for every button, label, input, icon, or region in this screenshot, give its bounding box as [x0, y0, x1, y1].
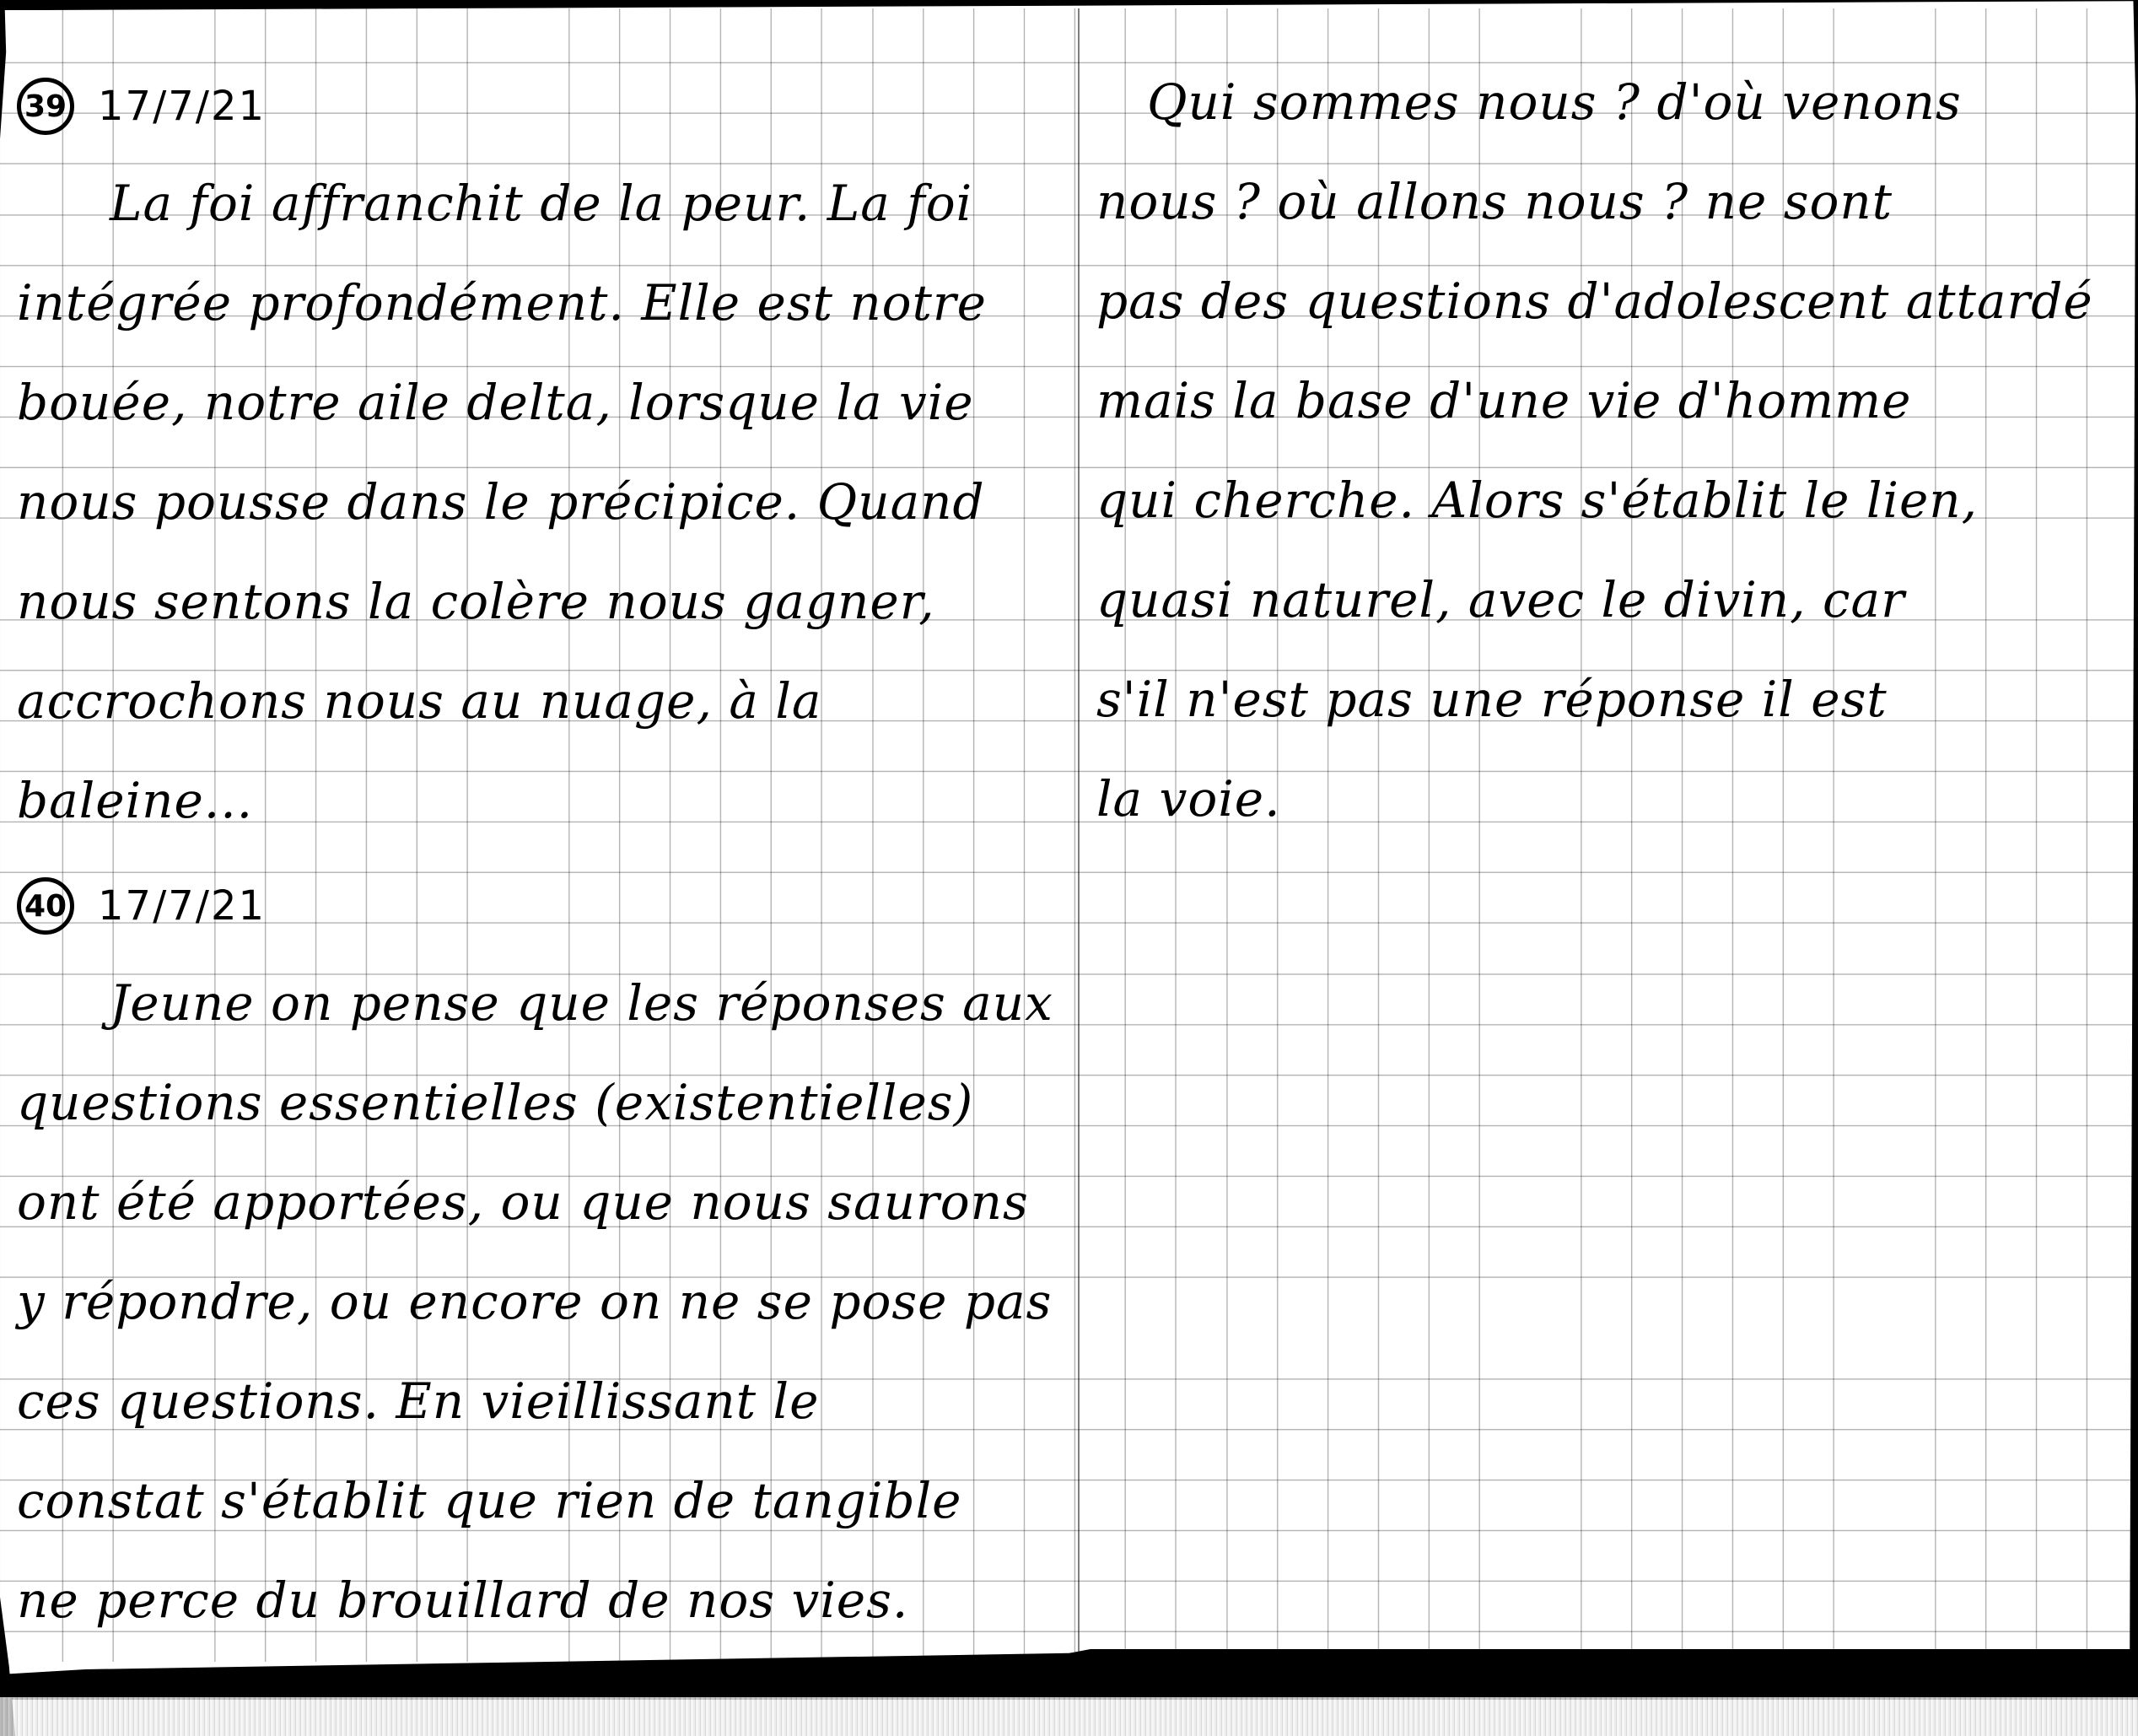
text-line: Jeune on pense que les réponses aux	[110, 979, 1053, 1027]
entry-number-badge: 40	[17, 877, 74, 935]
text-line: questions essentielles (existentielles)	[17, 1078, 973, 1127]
text-line: nous pousse dans le précipice. Quand	[17, 477, 985, 526]
text-line: y répondre, ou encore on ne se pose pas	[17, 1277, 1052, 1326]
text-line: La foi affranchit de la peur. La foi	[110, 179, 972, 228]
text-line: accrochons nous au nuage, à la	[17, 677, 821, 725]
text-line: mais la base d'une vie d'homme	[1096, 376, 1911, 425]
text-line: ces questions. En vieillissant le	[17, 1377, 819, 1426]
text-line: nous ? où allons nous ? ne sont	[1096, 177, 1893, 226]
text-line: constat s'établit que rien de tangible	[17, 1476, 962, 1525]
right-page: Qui sommes nous ? d'où venons nous ? où …	[1096, 0, 2125, 1653]
text-line: quasi naturel, avec le divin, car	[1096, 575, 1905, 624]
text-line: ne perce du brouillard de nos vies.	[17, 1576, 908, 1625]
scanner-bed-edge	[0, 1697, 2138, 1736]
text-line: nous sentons la colère nous gagner,	[17, 577, 935, 626]
text-line: bouée, notre aile delta, lorsque la vie	[17, 378, 974, 427]
notebook-scan: 39 17/7/21 La foi affranchit de la peur.…	[0, 0, 2138, 1736]
text-line: ont été apportées, ou que nous saurons	[17, 1178, 1029, 1227]
text-line: intégrée profondément. Elle est notre	[17, 278, 987, 327]
entry-date: 17/7/21	[98, 83, 266, 130]
text-line: s'il n'est pas une réponse il est	[1096, 675, 1888, 724]
text-line: pas des questions d'adolescent attardé	[1096, 277, 2093, 326]
entry-date: 17/7/21	[98, 882, 266, 930]
entry-header-39: 39 17/7/21	[17, 78, 266, 135]
text-line: baleine...	[17, 776, 253, 825]
entry-header-40: 40 17/7/21	[17, 877, 266, 935]
text-line: qui cherche. Alors s'établit le lien,	[1096, 476, 1978, 525]
notebook-binding	[1078, 8, 1080, 1653]
entry-number-badge: 39	[17, 78, 74, 135]
text-line: Qui sommes nous ? d'où venons	[1147, 78, 1962, 127]
text-line: la voie.	[1096, 774, 1281, 823]
left-page: 39 17/7/21 La foi affranchit de la peur.…	[17, 0, 1063, 1653]
